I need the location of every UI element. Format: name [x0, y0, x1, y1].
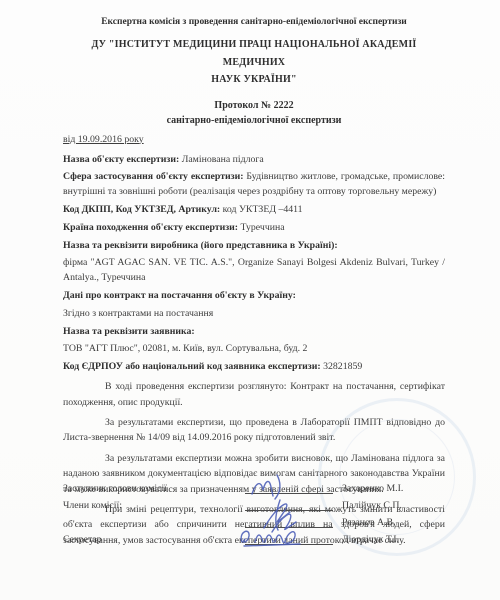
signature-line [245, 510, 333, 528]
signature-name: Захаренко М.І. [342, 483, 403, 494]
institution-name-line2: НАУК УКРАЇНИ" [63, 71, 445, 89]
fields-section: Назва об'єкту експертизи: Ламінована під… [63, 152, 445, 375]
field-scope-label: Сфера застосування об'єкту експертизи: [63, 171, 244, 182]
field-codes-label: Код ДКПП, Код УКТЗЕД, Артикул: [63, 204, 220, 215]
field-edrpou-label: Код ЄДРПОУ або національний код заявника… [63, 361, 321, 372]
document-page: Експертна комісія з проведення санітарно… [0, 0, 500, 600]
signature-name: Діордічук Т.І. [342, 534, 399, 545]
protocol-subtitle: санітарно-епідеміологічної експертизи [63, 113, 445, 128]
signature-name: Палійчук С.П. [342, 500, 402, 511]
field-codes: Код ДКПП, Код УКТЗЕД, Артикул: код УКТЗЕ… [63, 202, 445, 217]
field-country-label: Країна походження об'єкту експертизи: [63, 222, 238, 233]
field-edrpou-value: 32821859 [323, 361, 362, 372]
signature-row-member-1: Члени комісії: Палійчук С.П. [63, 494, 445, 511]
field-country: Країна походження об'єкту експертизи: Ту… [63, 220, 445, 235]
signature-row-secretary: Секретар Діордічук Т.І. [63, 528, 445, 545]
field-object-name-value: Ламінована підлога [182, 154, 264, 165]
field-applicant-label: Назва та реквізити заявника: [63, 324, 445, 339]
protocol-date: від 19.09.2016 року [63, 134, 445, 145]
signature-line [245, 527, 333, 545]
paragraph-report: За результатами експертизи, що проведена… [63, 415, 445, 446]
field-codes-value: код УКТЗЕД –4411 [223, 204, 303, 215]
paragraph-reviewed: В ході проведення експертизи розглянуто:… [63, 379, 445, 410]
field-object-name-label: Назва об'єкту експертизи: [63, 154, 179, 165]
protocol-number: Протокол № 2222 [63, 98, 445, 113]
signature-role: Заступник голови комісії [63, 483, 245, 494]
signature-role: Секретар [63, 534, 245, 545]
signature-line [245, 476, 333, 494]
field-object-name: Назва об'єкту експертизи: Ламінована під… [63, 152, 445, 167]
document-content: Експертна комісія з проведення санітарно… [63, 16, 445, 553]
signature-block: Заступник голови комісії Захаренко М.І. … [63, 477, 445, 545]
field-contract-value: Згідно з контрактами на постачання [63, 306, 445, 321]
field-edrpou: Код ЄДРПОУ або національний код заявника… [63, 359, 445, 374]
field-manufacturer-label: Назва та реквізити виробника (його предс… [63, 238, 445, 253]
committee-title: Експертна комісія з проведення санітарно… [63, 16, 445, 29]
institution-name-line1: ДУ "ІНСТИТУТ МЕДИЦИНИ ПРАЦІ НАЦІОНАЛЬНОЇ… [63, 36, 445, 71]
signature-role: Члени комісії: [63, 500, 245, 511]
signature-row-deputy-head: Заступник голови комісії Захаренко М.І. [63, 477, 445, 494]
signature-line [245, 493, 333, 511]
field-scope: Сфера застосування об'єкту експертизи: Б… [63, 169, 445, 199]
field-applicant-value: ТОВ "АГТ Плюс", 02081, м. Київ, вул. Сор… [63, 341, 445, 356]
field-manufacturer-value: фірма "AGT AGAC SAN. VE TIC. A.S.", Orga… [63, 255, 445, 285]
field-country-value: Туреччина [241, 222, 285, 233]
signature-row-member-2: Рязанов А.В. [63, 511, 445, 528]
signature-name: Рязанов А.В. [342, 517, 396, 528]
field-contract-label: Дані про контракт на постачання об'єкту … [63, 288, 445, 303]
